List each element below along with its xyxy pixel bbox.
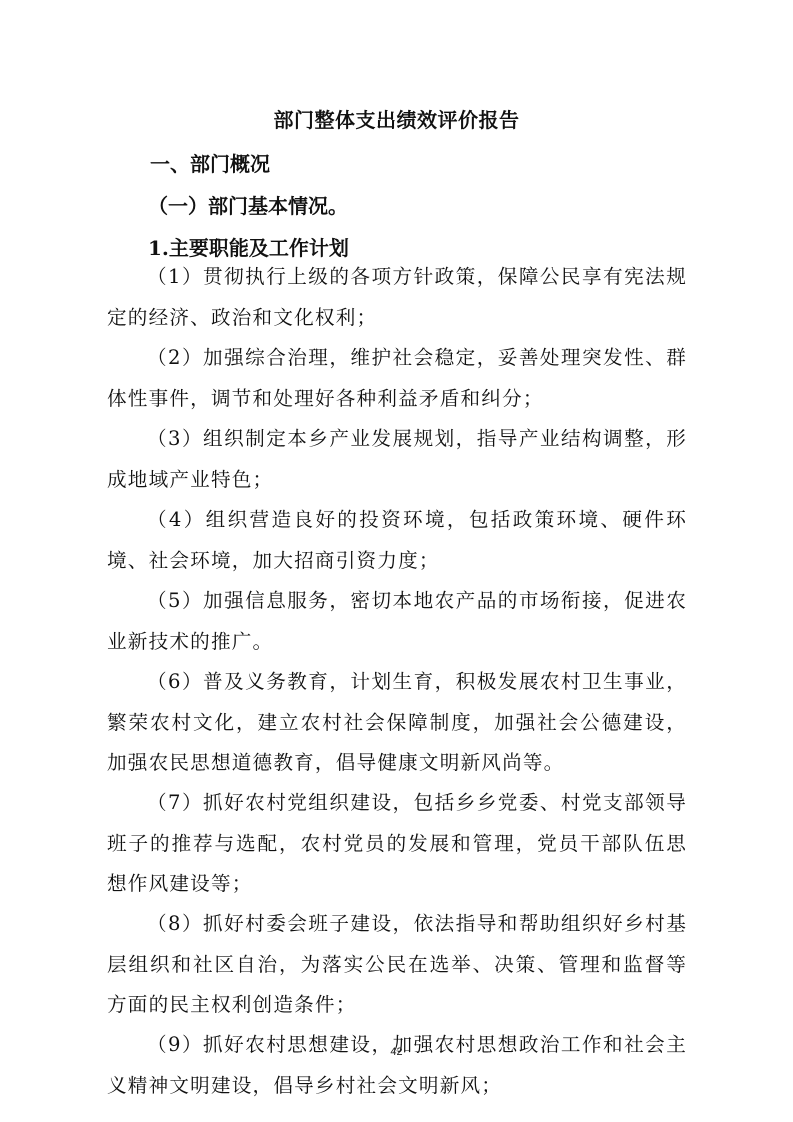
paragraph-4: （4）组织营造良好的投资环境，包括政策环境、硬件环境、社会环境，加大招商引资力度… <box>107 500 687 581</box>
paragraph-2: （2）加强综合治理，维护社会稳定，妥善处理突发性、群体性事件，调节和处理好各种利… <box>107 338 687 419</box>
document-title: 部门整体支出绩效评价报告 <box>0 104 793 133</box>
document-page: 部门整体支出绩效评价报告 一、部门概况 （一）部门基本情况。 1.主要职能及工作… <box>0 0 793 1122</box>
section-heading: 一、部门概况 <box>150 148 270 177</box>
paragraph-6: （6）普及义务教育，计划生育，积极发展农村卫生事业，繁荣农村文化，建立农村社会保… <box>107 662 687 784</box>
subsection-heading: （一）部门基本情况。 <box>148 190 348 219</box>
paragraph-5: （5）加强信息服务，密切本地农产品的市场衔接，促进农业新技术的推广。 <box>107 581 687 662</box>
paragraph-9: （9）抓好农村思想建设，加强农村思想政治工作和社会主义精神文明建设，倡导乡村社会… <box>107 1025 687 1106</box>
paragraph-3: （3）组织制定本乡产业发展规划，指导产业结构调整，形成地域产业特色； <box>107 419 687 500</box>
paragraph-7: （7）抓好农村党组织建设，包括乡乡党委、村党支部领导班子的推荐与选配，农村党员的… <box>107 783 687 905</box>
paragraph-1: （1）贯彻执行上级的各项方针政策，保障公民享有宪法规定的经济、政治和文化权利； <box>107 257 687 338</box>
paragraph-8: （8）抓好村委会班子建设，依法指导和帮助组织好乡村基层组织和社区自治，为落实公民… <box>107 904 687 1026</box>
page-number: 42 <box>0 1046 793 1058</box>
